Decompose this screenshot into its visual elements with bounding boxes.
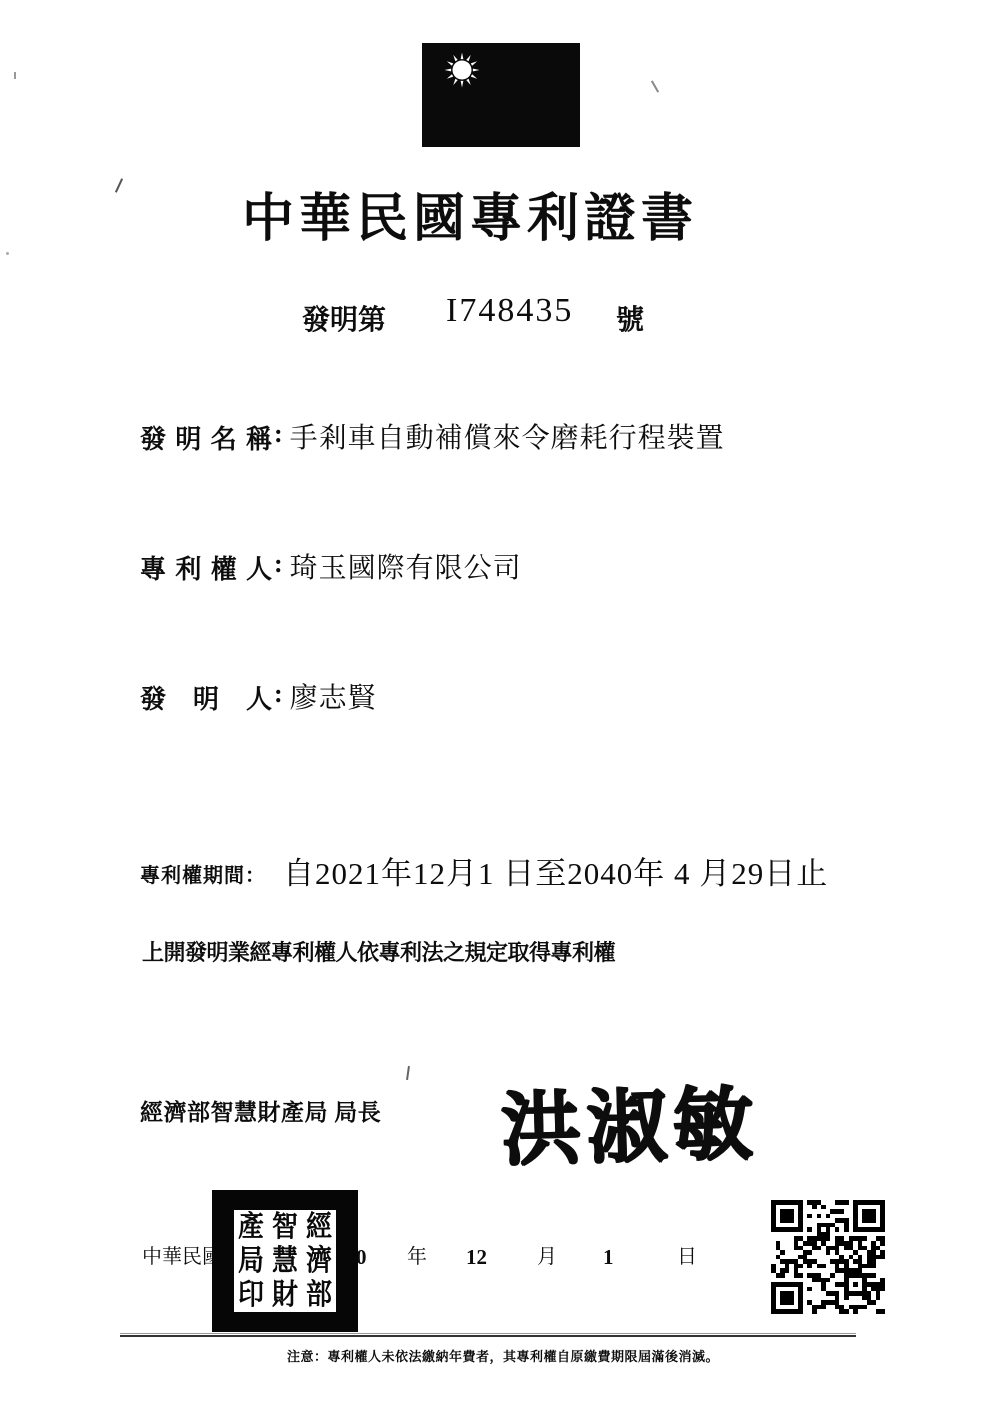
issuer-title: 經濟部智慧財產局 局長: [140, 1094, 381, 1127]
scan-artifact: [651, 80, 659, 92]
label-colon: :: [274, 416, 283, 449]
director-signature: 洪淑敏: [499, 1059, 760, 1181]
certificate-number-suffix: 號: [616, 298, 644, 338]
seal-character: 經: [306, 1212, 332, 1241]
field-label-invention-name: 發 明 名 稱: [140, 416, 272, 456]
seal-character: 智: [272, 1212, 298, 1241]
footer-divider: [120, 1335, 856, 1337]
seal-character: 印: [238, 1280, 264, 1309]
certificate-number-prefix: 發明第: [302, 298, 386, 338]
label-char: 發: [140, 679, 166, 716]
field-row-patent-term: 專利權期間： 自2021年12月1 日至2040年 4 月29日止: [140, 848, 828, 893]
label-char: 明: [175, 419, 201, 456]
label-char: 利: [175, 549, 201, 586]
seal-character: 局: [238, 1246, 264, 1275]
label-colon: :: [274, 676, 283, 709]
patent-term-label: 專利權期間：: [140, 848, 266, 893]
date-month: 12: [466, 1244, 487, 1270]
date-era: 中華民國: [142, 1244, 222, 1270]
patentee-value: 琦玉國際有限公司: [290, 546, 522, 586]
label-char: 專: [140, 549, 166, 586]
label-colon: :: [274, 546, 283, 579]
field-row-invention-name: 發 明 名 稱 : 手剎車自動補償來令磨耗行程裝置: [140, 416, 725, 456]
scan-artifact: [14, 72, 16, 79]
field-row-patentee: 專 利 權 人 : 琦玉國際有限公司: [140, 546, 522, 586]
seal-character: 慧: [272, 1246, 298, 1275]
label-char: 發: [140, 419, 166, 456]
seal-character: 濟: [306, 1246, 332, 1275]
seal-character: 產: [238, 1212, 264, 1241]
field-label-inventor: 發 明 人: [140, 676, 272, 716]
roc-flag: [422, 43, 580, 147]
official-seal: 經 濟 部 智 慧 財 產 局 印: [212, 1190, 358, 1332]
certificate-title: 中華民國專利證書: [130, 176, 810, 251]
label-char: 稱: [246, 419, 272, 456]
official-seal-face: 經 濟 部 智 慧 財 產 局 印: [234, 1210, 336, 1312]
certificate-number: I748435: [446, 292, 573, 330]
label-char: 權: [211, 549, 237, 586]
label-char: 人: [246, 549, 272, 586]
grant-statement: 上開發明業經專利權人依專利法之規定取得專利權: [142, 936, 615, 967]
patent-certificate-page: 中華民國專利證書 發明第 I748435 號 發 明 名 稱 : 手剎車自動補償…: [0, 0, 1000, 1415]
date-day: 1: [603, 1244, 614, 1270]
field-row-inventor: 發 明 人 : 廖志賢: [140, 676, 377, 716]
scan-artifact: [115, 178, 123, 192]
seal-column: 智 慧 財: [268, 1210, 302, 1312]
seal-character: 財: [272, 1280, 298, 1309]
date-month-unit: 月: [537, 1244, 557, 1270]
inventor-value: 廖志賢: [290, 676, 377, 716]
invention-name-value: 手剎車自動補償來令磨耗行程裝置: [290, 416, 725, 456]
footer-note: 注意：專利權人未依法繳納年費者，其專利權自原繳費期限屆滿後消滅。: [287, 1346, 719, 1365]
scan-artifact: [406, 1066, 410, 1080]
field-label-patentee: 專 利 權 人: [140, 546, 272, 586]
label-char: 名: [211, 419, 237, 456]
footer-divider-shadow: [120, 1333, 856, 1334]
date-line: 中華民國 0 年 12 月 1 日: [0, 1244, 1000, 1274]
patent-term-value: 自2021年12月1 日至2040年 4 月29日止: [283, 848, 828, 893]
date-day-unit: 日: [677, 1244, 697, 1270]
seal-character: 部: [306, 1280, 332, 1309]
seal-column: 產 局 印: [234, 1210, 268, 1312]
label-char: 人: [246, 679, 272, 716]
scan-artifact: [6, 252, 9, 255]
sun-icon: [440, 48, 484, 92]
date-year-unit: 年: [407, 1244, 427, 1270]
seal-column: 經 濟 部: [302, 1210, 336, 1312]
label-char: 明: [193, 679, 219, 716]
